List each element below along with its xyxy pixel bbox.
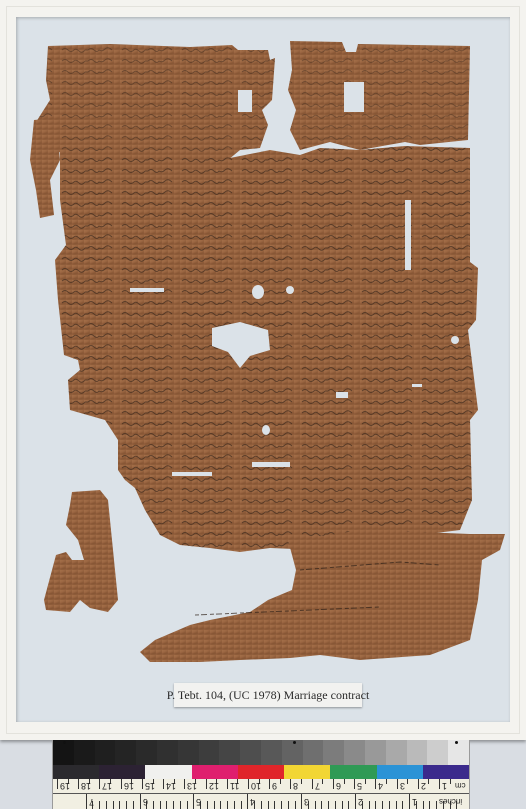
inch-tick bbox=[126, 801, 127, 809]
inch-tick bbox=[153, 801, 154, 809]
inch-tick bbox=[423, 801, 424, 809]
inch-tick bbox=[382, 801, 383, 809]
inch-tick bbox=[396, 801, 397, 809]
inch-tick bbox=[119, 801, 120, 809]
inch-label: 1 bbox=[412, 797, 417, 806]
cm-tick bbox=[269, 779, 270, 789]
grayscale-step bbox=[303, 740, 324, 765]
grayscale-strip bbox=[53, 740, 469, 765]
grayscale-step bbox=[219, 740, 240, 765]
grayscale-step bbox=[157, 740, 178, 765]
grayscale-step bbox=[240, 740, 261, 765]
measurement-ruler: 19181716151413121110987654321cm1234567in… bbox=[53, 779, 469, 809]
inch-tick bbox=[227, 801, 228, 809]
cm-label: 12 bbox=[209, 781, 219, 790]
color-calibration-card: 19181716151413121110987654321cm1234567in… bbox=[52, 740, 470, 809]
inch-tick bbox=[348, 801, 349, 809]
grayscale-step bbox=[427, 740, 448, 765]
inch-tick bbox=[402, 801, 403, 809]
color-patch-purple bbox=[423, 765, 469, 779]
color-patch-blue bbox=[377, 765, 423, 779]
inch-tick bbox=[301, 794, 302, 809]
cm-tick bbox=[78, 779, 79, 789]
color-patch-yellow bbox=[284, 765, 330, 779]
cm-label: 8 bbox=[293, 781, 298, 790]
inch-label: 3 bbox=[304, 797, 309, 806]
grayscale-step bbox=[282, 740, 303, 765]
cm-tick bbox=[248, 779, 249, 789]
cm-tick bbox=[397, 779, 398, 789]
cm-tick bbox=[439, 779, 440, 789]
cm-tick bbox=[206, 779, 207, 789]
cm-tick bbox=[121, 779, 122, 789]
cm-label: 5 bbox=[357, 781, 362, 790]
cm-label: 19 bbox=[60, 781, 70, 790]
inch-tick bbox=[436, 801, 437, 809]
cm-tick bbox=[354, 779, 355, 789]
color-patch-magenta bbox=[192, 765, 238, 779]
cm-label: 17 bbox=[102, 781, 112, 790]
color-patch-strip bbox=[53, 765, 469, 779]
cm-tick bbox=[312, 779, 313, 789]
inch-unit-label: inches bbox=[439, 797, 462, 806]
grayscale-step bbox=[344, 740, 365, 765]
inch-tick bbox=[86, 794, 87, 809]
inch-tick bbox=[214, 801, 215, 809]
cm-tick bbox=[227, 779, 228, 789]
inch-tick bbox=[187, 801, 188, 809]
half-cm-tick bbox=[322, 779, 323, 784]
inch-tick bbox=[207, 801, 208, 809]
color-patch-dark-gray bbox=[53, 765, 99, 779]
inch-tick bbox=[268, 801, 269, 809]
inch-label: 6 bbox=[143, 797, 148, 806]
inch-tick bbox=[133, 801, 134, 809]
cm-label: 3 bbox=[400, 781, 405, 790]
inch-tick bbox=[220, 801, 221, 809]
inch-tick bbox=[369, 801, 370, 809]
inch-tick bbox=[281, 801, 282, 809]
cm-label: 7 bbox=[315, 781, 320, 790]
cm-label: 13 bbox=[187, 781, 197, 790]
cm-label: 18 bbox=[81, 781, 91, 790]
inch-tick bbox=[409, 794, 410, 809]
cm-tick bbox=[333, 779, 334, 789]
cm-tick bbox=[99, 779, 100, 789]
inch-tick bbox=[315, 801, 316, 809]
color-patch-dark-purple bbox=[99, 765, 145, 779]
grayscale-step bbox=[386, 740, 407, 765]
inch-label: 7 bbox=[89, 797, 94, 806]
grayscale-step bbox=[199, 740, 220, 765]
half-cm-tick bbox=[428, 779, 429, 784]
color-patch-green bbox=[330, 765, 376, 779]
cm-tick bbox=[375, 779, 376, 789]
grayscale-step bbox=[448, 740, 469, 765]
inch-tick bbox=[234, 801, 235, 809]
inch-tick bbox=[166, 801, 167, 809]
inch-tick bbox=[173, 801, 174, 809]
grayscale-step bbox=[407, 740, 428, 765]
half-cm-tick bbox=[344, 779, 345, 784]
inch-tick bbox=[113, 801, 114, 809]
grayscale-step bbox=[74, 740, 95, 765]
cm-tick bbox=[184, 779, 185, 789]
cm-tick bbox=[163, 779, 164, 789]
inch-label: 2 bbox=[358, 797, 363, 806]
registration-dot bbox=[63, 741, 66, 744]
cm-tick bbox=[418, 779, 419, 789]
inch-label: 5 bbox=[196, 797, 201, 806]
registration-dot bbox=[293, 741, 296, 744]
cm-label: 11 bbox=[230, 781, 239, 790]
color-patch-white bbox=[145, 765, 191, 779]
cm-label: 4 bbox=[378, 781, 383, 790]
half-cm-tick bbox=[386, 779, 387, 784]
half-cm-tick bbox=[280, 779, 281, 784]
cm-tick bbox=[57, 779, 58, 789]
inch-tick bbox=[106, 801, 107, 809]
inch-tick bbox=[140, 794, 141, 809]
registration-dot bbox=[455, 741, 458, 744]
inch-tick bbox=[99, 801, 100, 809]
cm-label: 1 bbox=[442, 781, 447, 790]
inch-tick bbox=[375, 801, 376, 809]
inch-tick bbox=[288, 801, 289, 809]
grayscale-step bbox=[365, 740, 386, 765]
inch-tick bbox=[261, 801, 262, 809]
cm-label: 14 bbox=[166, 781, 176, 790]
cm-tick bbox=[142, 779, 143, 789]
cm-label: 9 bbox=[272, 781, 277, 790]
half-cm-tick bbox=[407, 779, 408, 784]
specimen-label: P. Tebt. 104, (UC 1978) Marriage contrac… bbox=[174, 683, 362, 707]
cm-label: 15 bbox=[145, 781, 155, 790]
inch-tick bbox=[160, 801, 161, 809]
cm-unit-label: cm bbox=[455, 781, 466, 790]
cm-label: 2 bbox=[421, 781, 426, 790]
inch-tick bbox=[355, 794, 356, 809]
half-cm-tick bbox=[301, 779, 302, 784]
inch-tick bbox=[429, 801, 430, 809]
inch-tick bbox=[335, 801, 336, 809]
inch-tick bbox=[193, 794, 194, 809]
half-cm-tick bbox=[365, 779, 366, 784]
inch-tick bbox=[321, 801, 322, 809]
inch-tick bbox=[180, 801, 181, 809]
inch-tick bbox=[241, 801, 242, 809]
inch-label: 4 bbox=[250, 797, 255, 806]
cm-label: 16 bbox=[124, 781, 134, 790]
inch-tick bbox=[274, 801, 275, 809]
grayscale-step bbox=[136, 740, 157, 765]
grayscale-step bbox=[95, 740, 116, 765]
cm-label: 10 bbox=[251, 781, 261, 790]
cm-label: 6 bbox=[336, 781, 341, 790]
picture-frame: P. Tebt. 104, (UC 1978) Marriage contrac… bbox=[0, 0, 526, 740]
inch-tick bbox=[295, 801, 296, 809]
grayscale-step bbox=[178, 740, 199, 765]
inch-tick bbox=[342, 801, 343, 809]
cm-tick bbox=[290, 779, 291, 789]
grayscale-step bbox=[323, 740, 344, 765]
half-cm-tick bbox=[450, 779, 451, 784]
inch-tick bbox=[328, 801, 329, 809]
grayscale-step bbox=[261, 740, 282, 765]
color-patch-red bbox=[238, 765, 284, 779]
grayscale-step bbox=[115, 740, 136, 765]
papyrus-fragment bbox=[0, 0, 526, 740]
inch-tick bbox=[247, 794, 248, 809]
inch-tick bbox=[389, 801, 390, 809]
